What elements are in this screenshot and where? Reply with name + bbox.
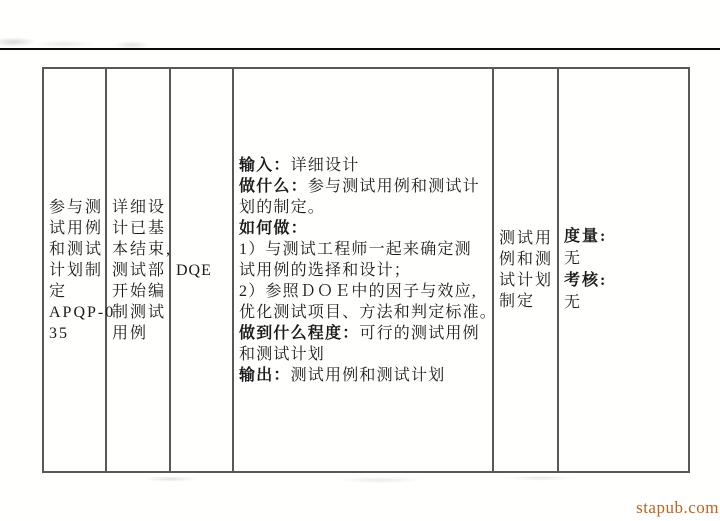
cell-entry-criteria: 详细设计已基本结束,测试部开始编制测试用例: [107, 69, 171, 471]
bold-label: 做什么：: [239, 178, 308, 195]
text-line: 测试部: [112, 260, 169, 281]
text-line: 计划制: [49, 260, 105, 281]
text-line: 输入：详细设计: [239, 155, 492, 176]
text-line: 用例: [112, 323, 169, 344]
text-segment: 可行的测试用例: [359, 325, 479, 342]
document-page: 参与测试用例和测试计划制定APQP-035 详细设计已基本结束,测试部开始编制测…: [0, 0, 720, 521]
text-segment: 优化测试项目、方法和判定标准。: [239, 304, 497, 321]
cell-output-name: 测试用例和测试计划制定: [494, 69, 559, 471]
text-line: 试用例的选择和设计；: [239, 260, 492, 281]
cell-activity-id: 参与测试用例和测试计划制定APQP-035: [44, 69, 107, 471]
text-line: 本结束,: [112, 239, 169, 260]
text-line: APQP-0: [49, 302, 105, 323]
text-line: 制定: [499, 291, 557, 312]
text-line: 测试用: [499, 228, 557, 249]
cell-role: DQE: [171, 69, 234, 471]
text-line: 详细设: [112, 197, 169, 218]
text-line: 无: [564, 292, 688, 314]
text-line: 做到什么程度：可行的测试用例: [239, 323, 492, 344]
text-line: 35: [49, 323, 105, 344]
text-line: 做什么：参与测试用例和测试计: [239, 176, 492, 197]
text-line: 和测试: [49, 239, 105, 260]
process-definition-table: 参与测试用例和测试计划制定APQP-035 详细设计已基本结束,测试部开始编制测…: [42, 67, 690, 473]
text-line: 试计划: [499, 270, 557, 291]
text-line: 如何做：: [239, 218, 492, 239]
text-line: 划的制定。: [239, 197, 492, 218]
text-line: 例和测: [499, 249, 557, 270]
text-segment: 试用例的选择和设计；: [239, 262, 411, 279]
text-line: 和测试计划: [239, 344, 492, 365]
text-line: 1）与测试工程师一起来确定测: [239, 239, 492, 260]
text-line: 试用例: [49, 218, 105, 239]
cell-metrics: 度量:无考核:无: [559, 69, 688, 471]
bold-label: 输入：: [239, 157, 291, 174]
cell-activity-description: 输入：详细设计做什么：参与测试用例和测试计划的制定。如何做：1）与测试工程师一起…: [234, 69, 494, 471]
text-line: 制测试: [112, 302, 169, 323]
text-line: 参与测: [49, 197, 105, 218]
bold-label: 考核:: [564, 272, 607, 289]
text-line: 无: [564, 248, 688, 270]
bold-label: 输出：: [239, 367, 291, 384]
text-segment: 无: [564, 250, 582, 267]
faded-watermark-smudge: [120, 473, 620, 489]
bold-label: 度量:: [564, 228, 607, 245]
top-horizontal-rule: [0, 48, 720, 50]
text-segment: 和测试计划: [239, 346, 325, 363]
watermark-site-text: stapub.com: [636, 498, 719, 518]
text-line: 2）参照ＤＯＥ中的因子与效应,: [239, 281, 492, 302]
role-label: DQE: [176, 260, 232, 281]
text-segment: 1）与测试工程师一起来确定测: [239, 241, 472, 258]
text-line: 度量:: [564, 226, 688, 248]
text-segment: 2）参照ＤＯＥ中的因子与效应,: [239, 283, 477, 300]
text-line: 优化测试项目、方法和判定标准。: [239, 302, 492, 323]
text-segment: 无: [564, 294, 582, 311]
text-line: 输出：测试用例和测试计划: [239, 365, 492, 386]
bold-label: 做到什么程度：: [239, 325, 359, 342]
text-line: 定: [49, 281, 105, 302]
text-segment: 参与测试用例和测试计: [308, 178, 480, 195]
text-segment: 详细设计: [291, 157, 360, 174]
text-line: 计已基: [112, 218, 169, 239]
text-segment: 测试用例和测试计划: [291, 367, 446, 384]
text-line: 开始编: [112, 281, 169, 302]
text-segment: 划的制定。: [239, 199, 325, 216]
text-line: 考核:: [564, 270, 688, 292]
bold-label: 如何做：: [239, 220, 308, 237]
